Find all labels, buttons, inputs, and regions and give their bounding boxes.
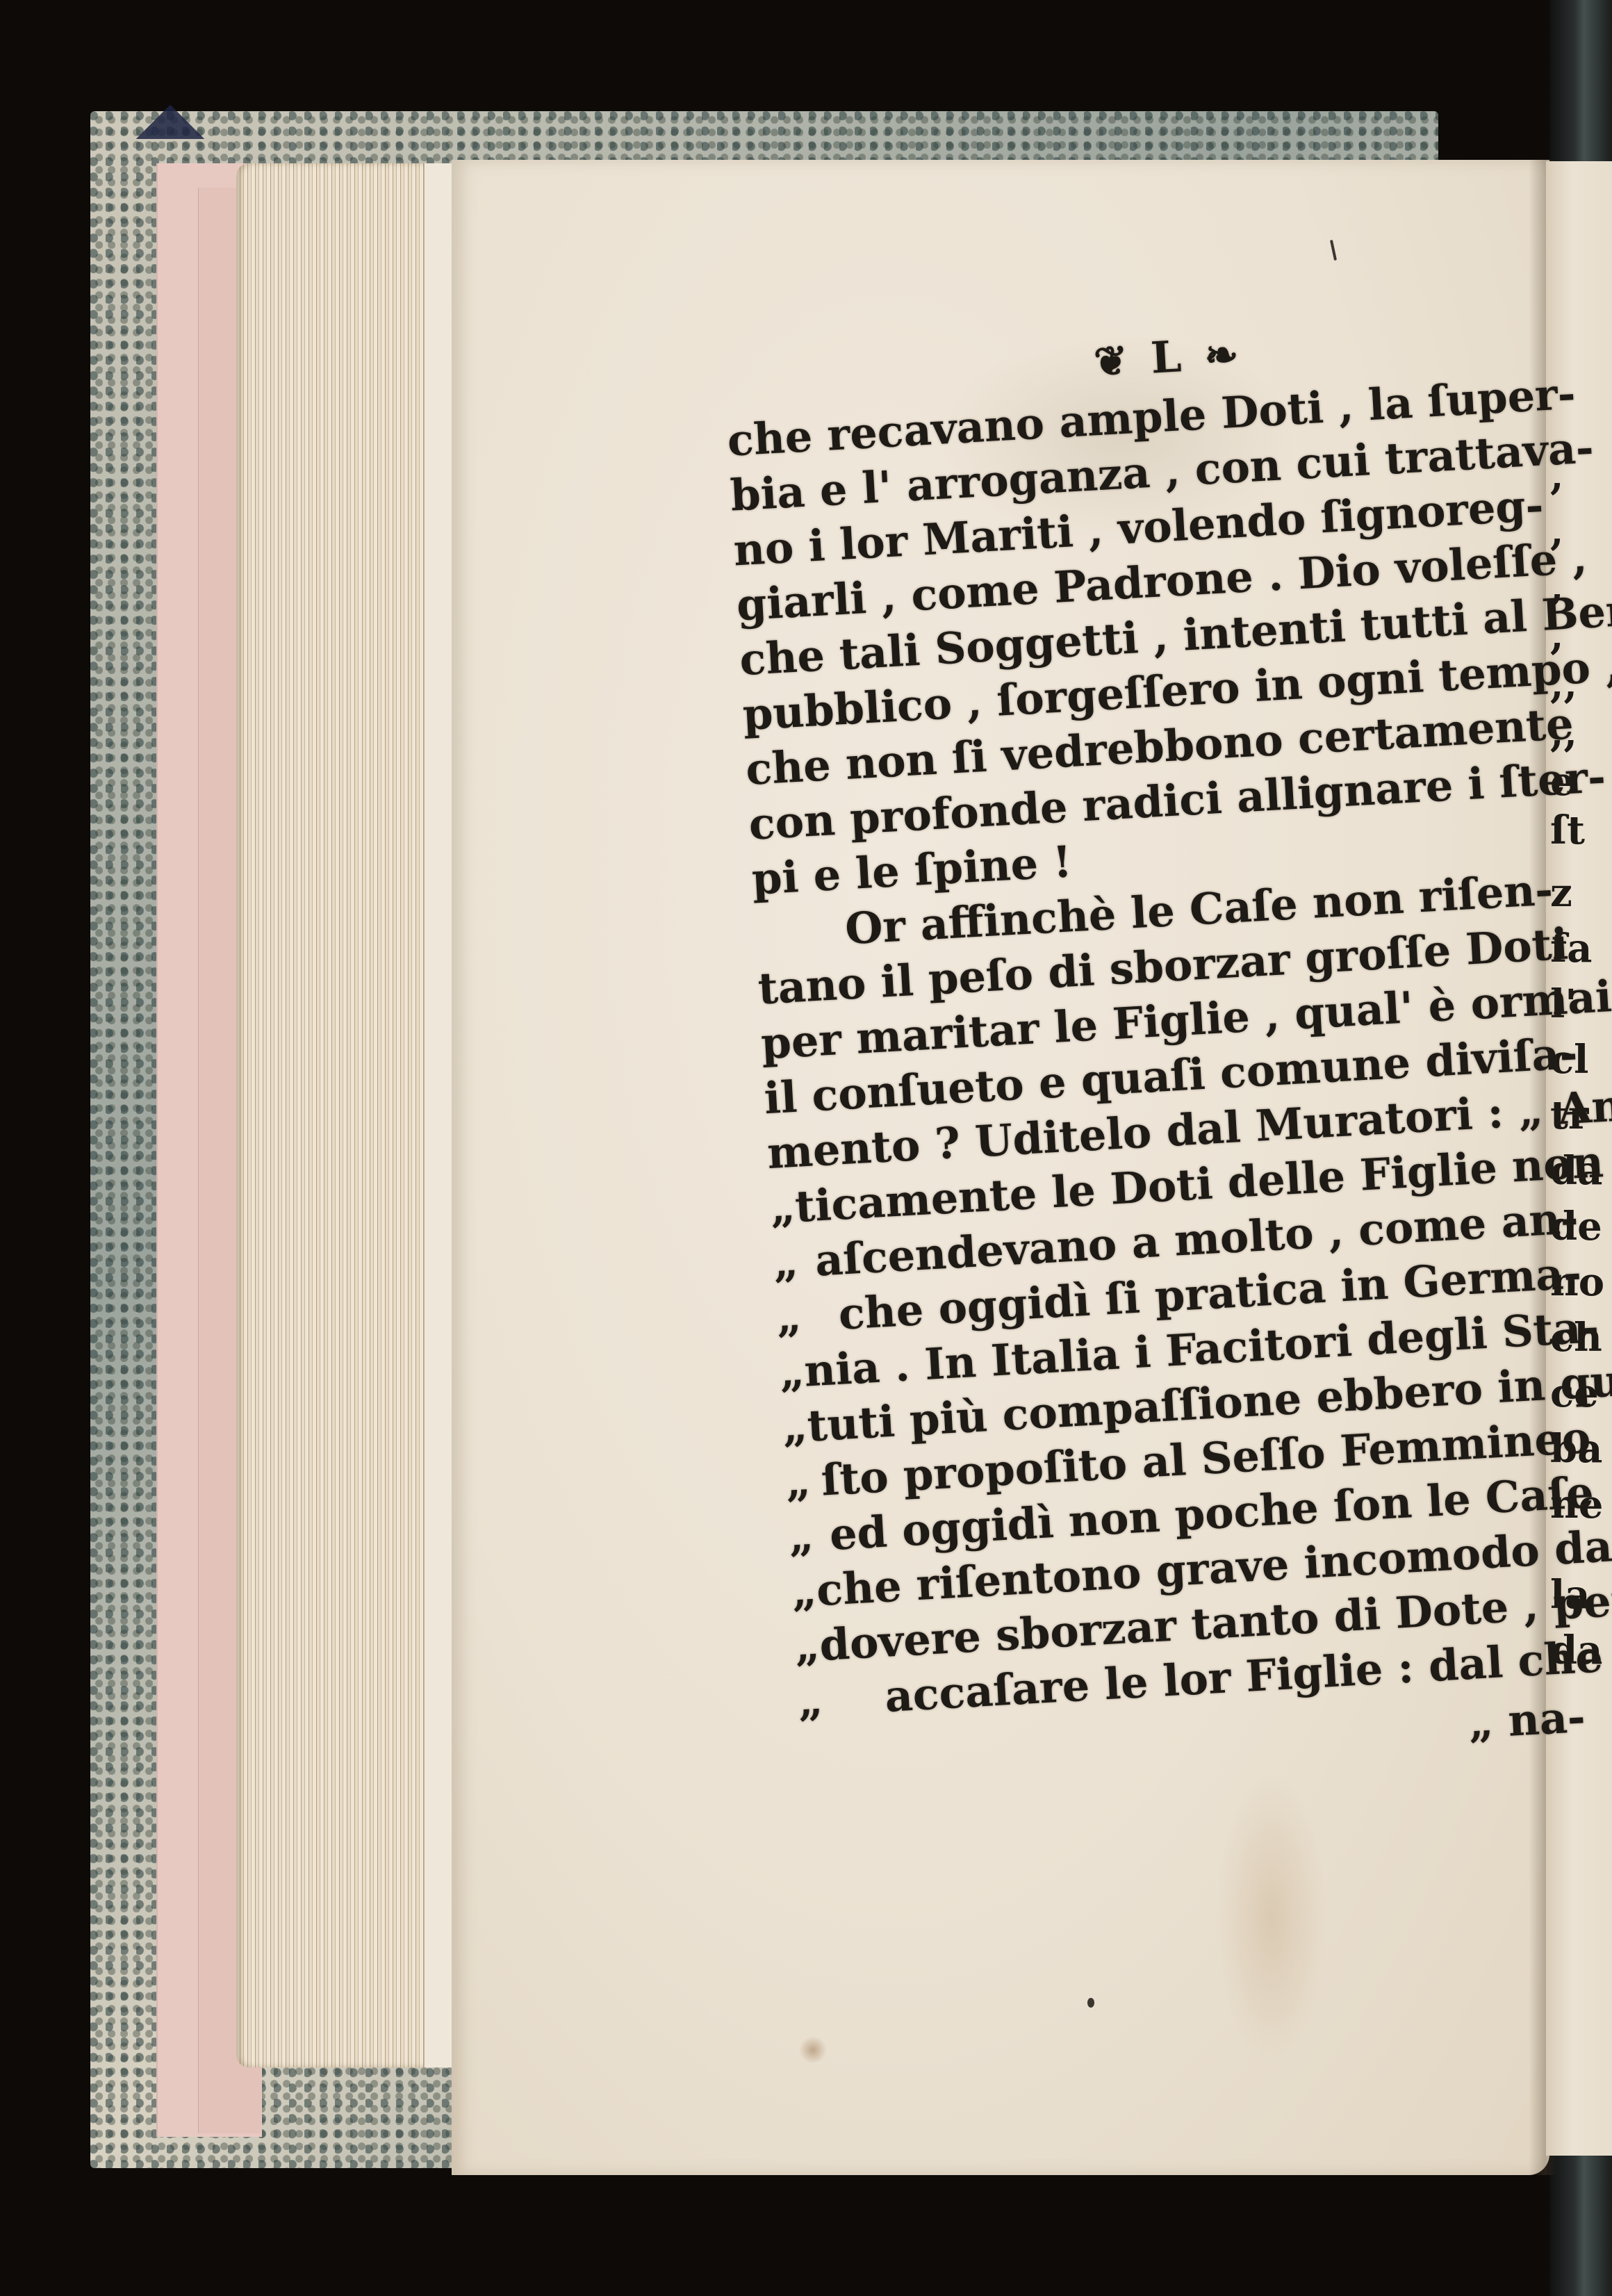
quote-mark: „	[778, 1344, 806, 1400]
page-number: L	[1149, 331, 1187, 384]
right-ornament-icon: ❧	[1203, 330, 1244, 379]
quote-mark: „	[772, 1233, 816, 1290]
quote-mark: „	[768, 1179, 796, 1236]
page-stack-lip	[424, 163, 452, 2067]
quote-mark: „	[784, 1453, 823, 1510]
quote-mark: „	[781, 1399, 809, 1455]
quote-mark: „	[787, 1507, 831, 1564]
foxing-stain	[799, 2036, 827, 2064]
quote-mark: „	[796, 1672, 841, 1729]
page-text-block: ❦ L ❧ che recavano ample Doti , la ſuper…	[723, 309, 1608, 1788]
quote-mark: „	[793, 1618, 821, 1674]
left-ornament-icon: ❦	[1093, 336, 1133, 386]
quote-mark: „	[775, 1288, 819, 1345]
foxing-stain	[1216, 1772, 1327, 2064]
ink-dot	[1087, 1998, 1094, 2008]
quote-mark: „	[790, 1563, 818, 1619]
